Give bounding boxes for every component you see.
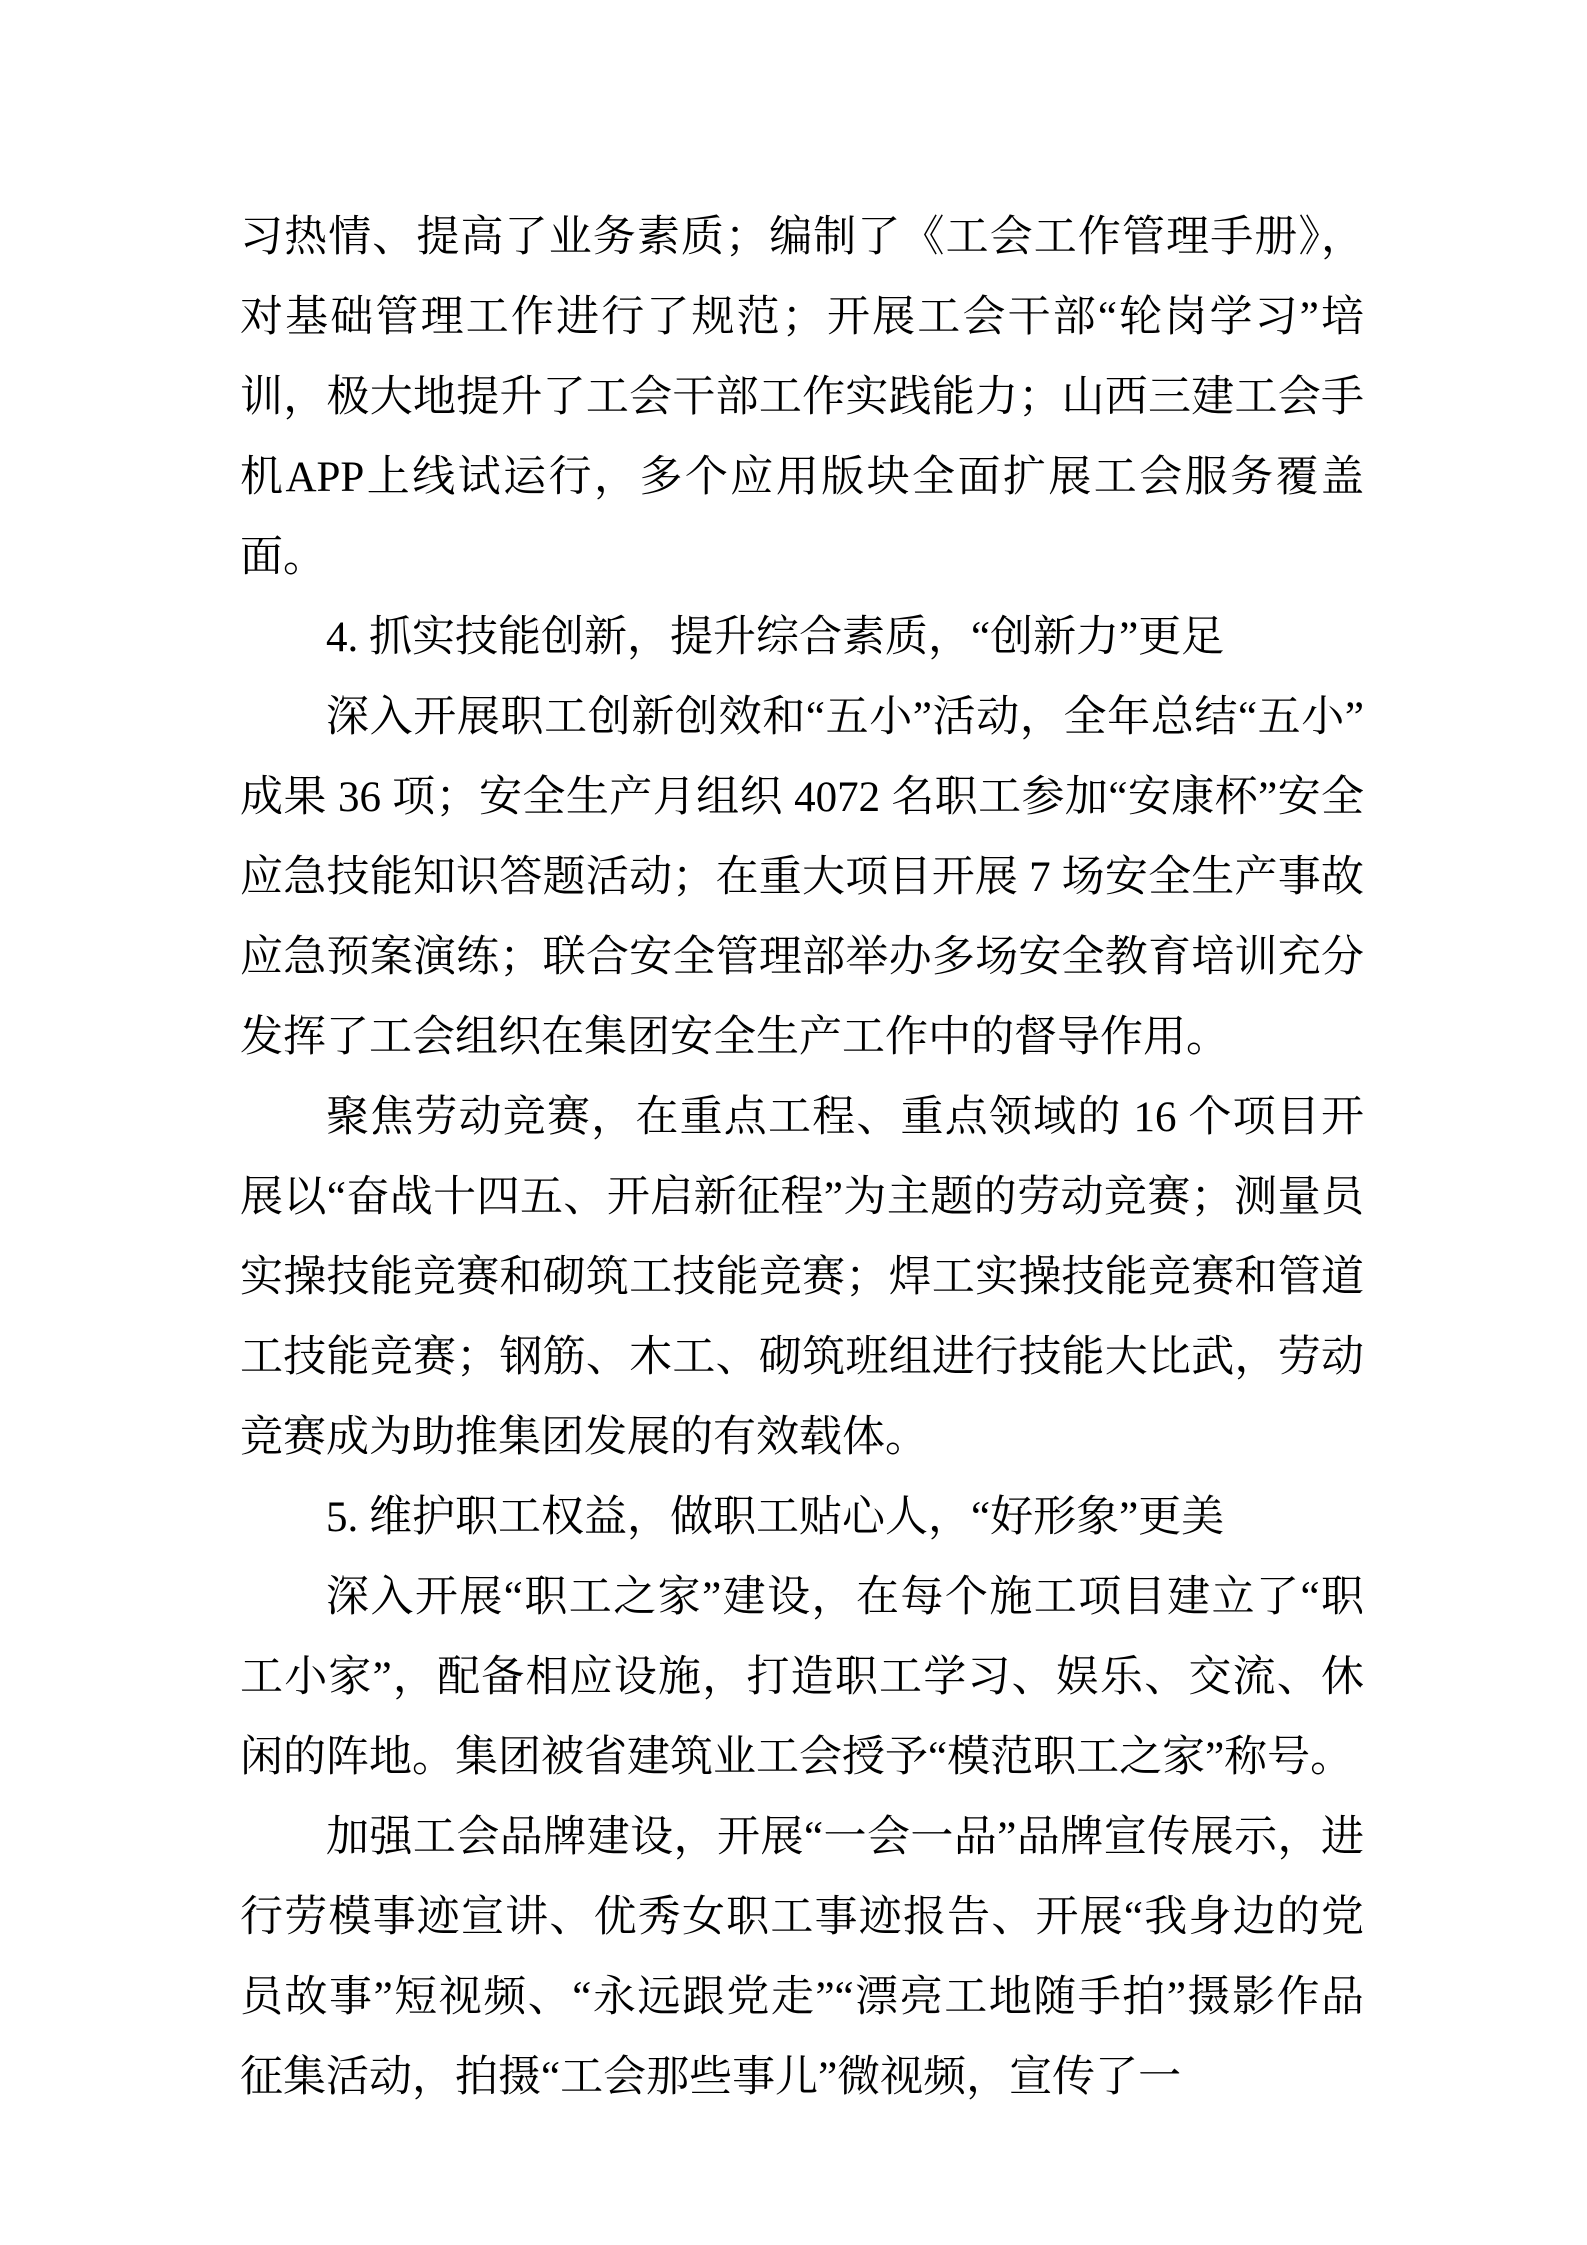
- paragraph-continuation: 习热情、提高了业务素质；编制了《工会工作管理手册》，对基础管理工作进行了规范；开…: [240, 198, 1364, 598]
- heading-section-5: 5. 维护职工权益，做职工贴心人，“好形象”更美: [240, 1478, 1364, 1558]
- document-page: 习热情、提高了业务素质；编制了《工会工作管理手册》，对基础管理工作进行了规范；开…: [0, 0, 1587, 2245]
- paragraph-worker-home: 深入开展“职工之家”建设，在每个施工项目建立了“职工小家”，配备相应设施，打造职…: [240, 1558, 1364, 1798]
- paragraph-skills-innovation: 深入开展职工创新创效和“五小”活动，全年总结“五小”成果 36 项；安全生产月组…: [240, 678, 1364, 1078]
- heading-section-4: 4. 抓实技能创新，提升综合素质，“创新力”更足: [240, 598, 1364, 678]
- document-body: 习热情、提高了业务素质；编制了《工会工作管理手册》，对基础管理工作进行了规范；开…: [240, 198, 1364, 2118]
- paragraph-union-brand: 加强工会品牌建设，开展“一会一品”品牌宣传展示，进行劳模事迹宣讲、优秀女职工事迹…: [240, 1798, 1364, 2118]
- paragraph-labor-competition: 聚焦劳动竞赛，在重点工程、重点领域的 16 个项目开展以“奋战十四五、开启新征程…: [240, 1078, 1364, 1478]
